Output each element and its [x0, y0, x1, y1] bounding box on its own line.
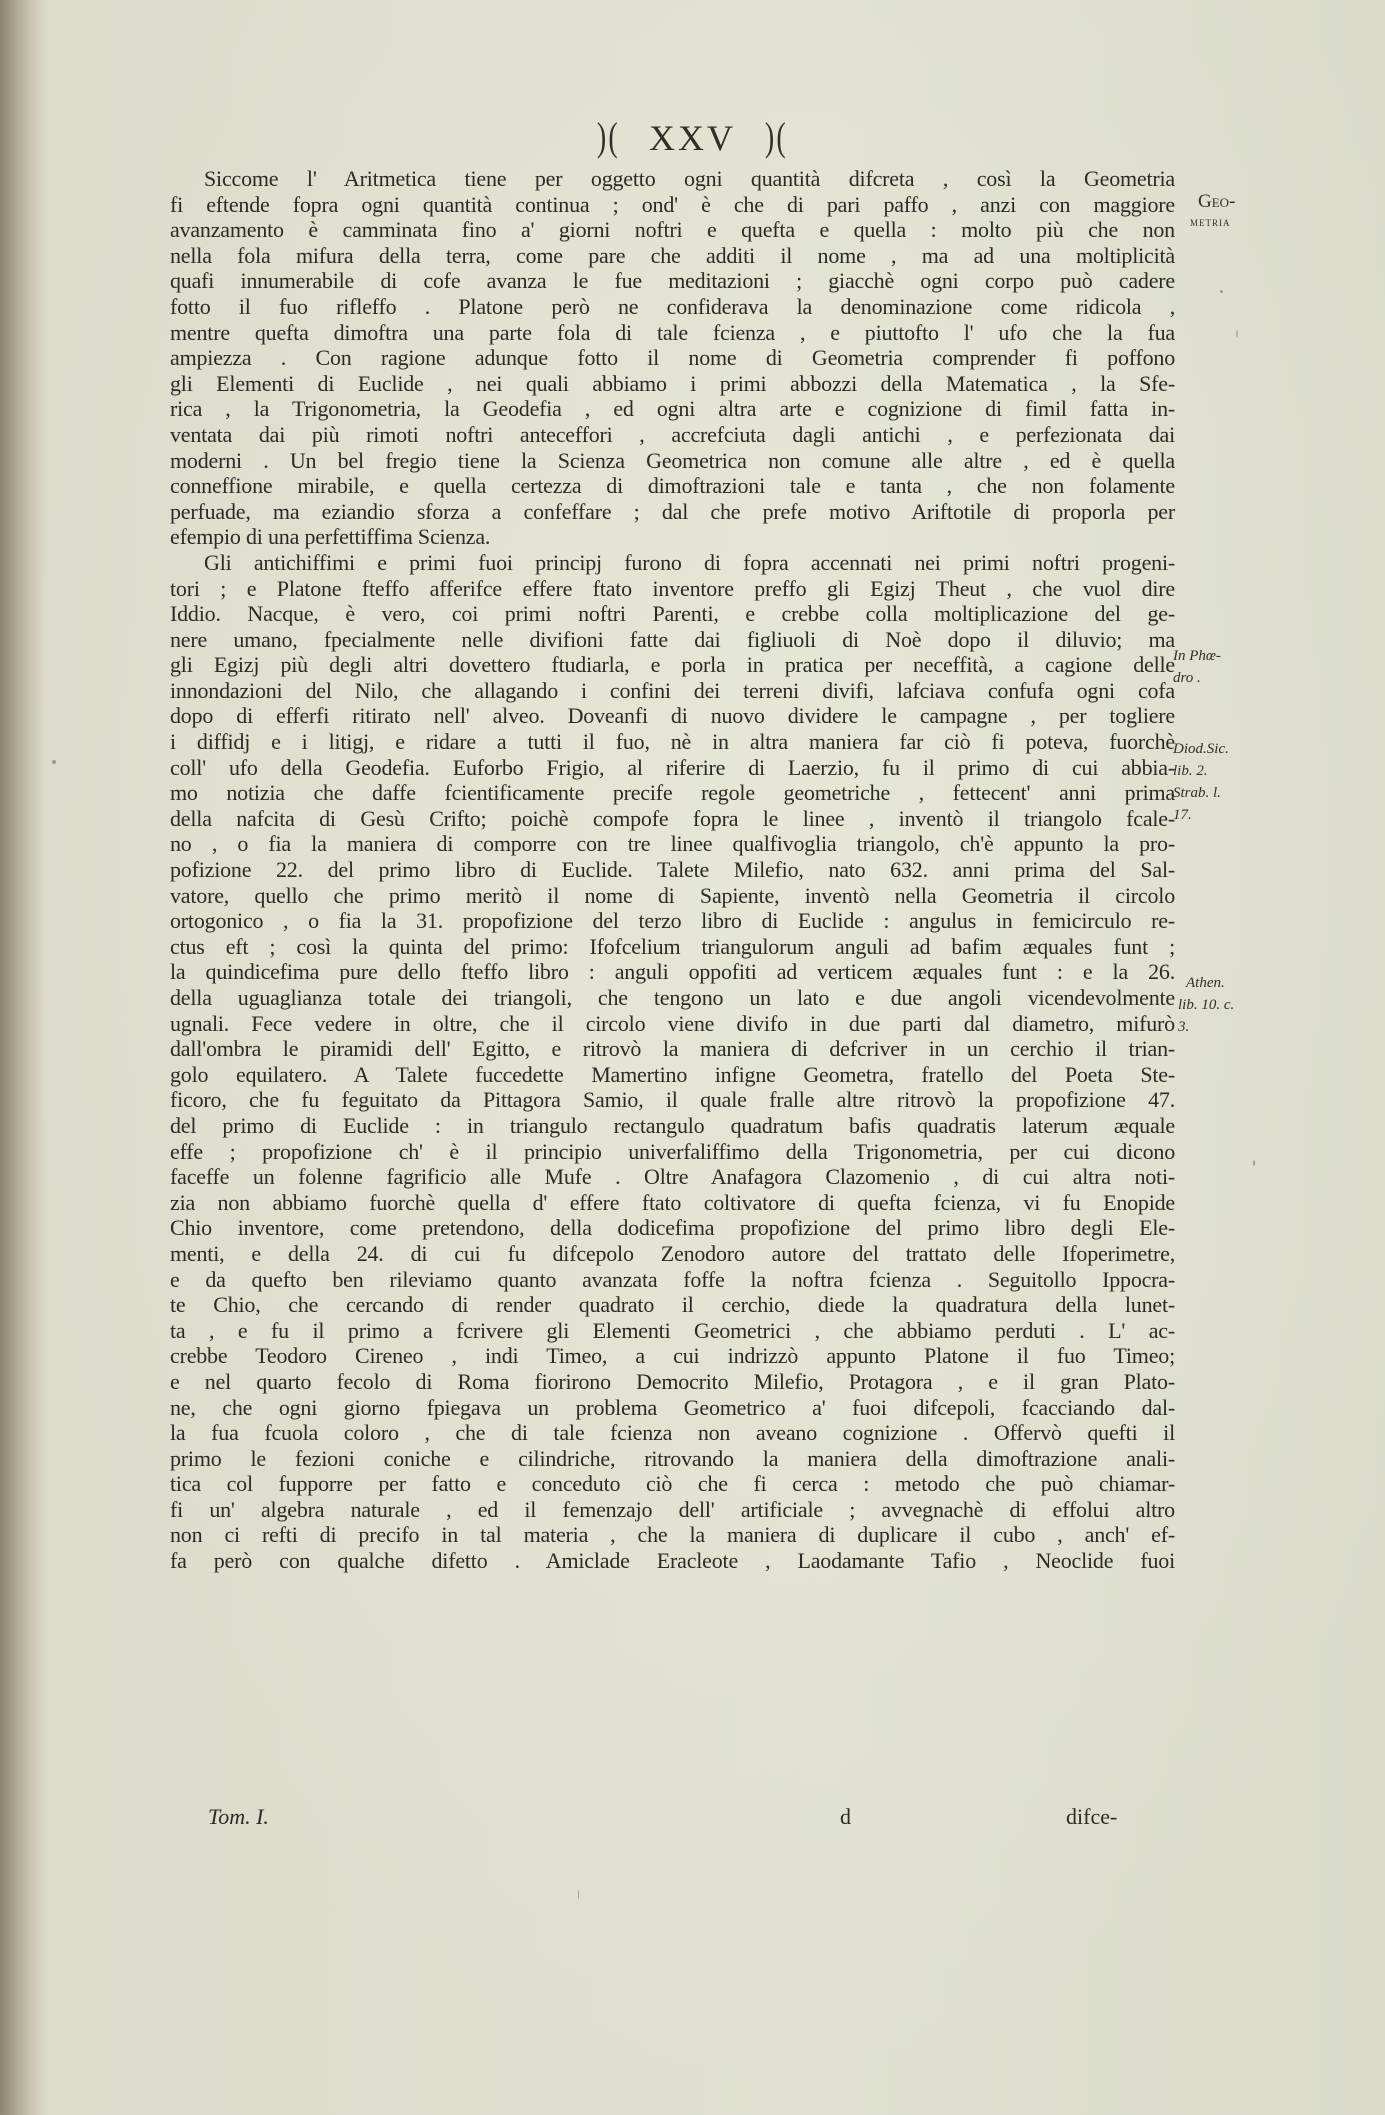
text-line: moderni . Un bel fregio tiene la Scienza… [170, 448, 1175, 474]
text-line: nella fola mifura della terra, come pare… [170, 243, 1175, 269]
text-line: Siccome l' Aritmetica tiene per oggetto … [170, 166, 1175, 192]
text-line: te Chio, che cercando di render quadrato… [170, 1292, 1175, 1318]
paper-fleck [1220, 290, 1223, 293]
catchword: difce- [1066, 1804, 1117, 1830]
text-line: mentre quefta dimoftra una parte fola di… [170, 320, 1175, 346]
text-line: e da quefto ben rileviamo quanto avanzat… [170, 1267, 1175, 1293]
margin-note-athenaeus: Athen. lib. 10. c. 3. [1178, 972, 1234, 1038]
page-header: )( XXV )( [0, 113, 1385, 160]
text-line: i diffidj e i litigj, e ridare a tutti i… [170, 729, 1175, 755]
text-line: Gli antichiffimi e primi fuoi principj f… [170, 550, 1175, 576]
text-line: dopo di efferfi ritirato nell' alveo. Do… [170, 703, 1175, 729]
text-line: menti, e della 24. di cui fu difcepolo Z… [170, 1241, 1175, 1267]
text-line: del primo di Euclide : in triangulo rect… [170, 1113, 1175, 1139]
text-line: ta , e fu il primo a fcrivere gli Elemen… [170, 1318, 1175, 1344]
text-line: ugnali. Fece vedere in oltre, che il cir… [170, 1011, 1175, 1037]
margin-note-line: 3. [1178, 1016, 1234, 1038]
text-line: dall'ombra le piramidi dell' Egitto, e r… [170, 1036, 1175, 1062]
text-line: ventata dai più rimoti noftri anteceffor… [170, 422, 1175, 448]
text-line: no , o fia la maniera di comporre con tr… [170, 831, 1175, 857]
text-line: efempio di una perfettiffima Scienza. [170, 524, 1175, 550]
text-line: effe ; propofizione ch' è il principio u… [170, 1139, 1175, 1165]
text-line: della uguaglianza totale dei triangoli, … [170, 985, 1175, 1011]
text-line: ficoro, che fu feguitato da Pittagora Sa… [170, 1087, 1175, 1113]
text-line: fotto il fuo rifleffo . Platone però ne … [170, 294, 1175, 320]
margin-note-line: In Phœ- [1173, 645, 1221, 667]
margin-note-line: lib. 2. [1173, 760, 1229, 782]
body-text: Siccome l' Aritmetica tiene per oggetto … [170, 166, 1175, 1574]
paper-fleck [1253, 1160, 1255, 1166]
text-line: quafi innumerabile di cofe avanza le fue… [170, 268, 1175, 294]
paper-fleck [52, 760, 56, 764]
text-line: mo notizia che daffe fcientificamente pr… [170, 780, 1175, 806]
signature-mark: d [840, 1804, 851, 1830]
page-footer: Tom. I. d difce- [0, 1804, 1385, 1834]
book-page: )( XXV )( Siccome l' Aritmetica tiene pe… [0, 0, 1385, 2115]
text-line: pofizione 22. del primo libro di Euclide… [170, 857, 1175, 883]
text-line: perfuade, ma eziandio sforza a confeffar… [170, 499, 1175, 525]
volume-mark: Tom. I. [208, 1804, 269, 1830]
text-line: primo le fezioni coniche e cilindriche, … [170, 1446, 1175, 1472]
ornament-left: )( [597, 113, 620, 160]
text-line: non ci refti di precifo in tal materia ,… [170, 1522, 1175, 1548]
text-line: Iddio. Nacque, è vero, coi primi noftri … [170, 601, 1175, 627]
text-line: ne, che ogni giorno fpiegava un problema… [170, 1395, 1175, 1421]
text-line: ampiezza . Con ragione adunque fotto il … [170, 345, 1175, 371]
text-line: la fua fcuola coloro , che di tale fcien… [170, 1420, 1175, 1446]
text-line: della nafcita di Gesù Crifto; poichè com… [170, 806, 1175, 832]
text-line: innondazioni del Nilo, che allagando i c… [170, 678, 1175, 704]
text-line: vatore, quello che primo meritò il nome … [170, 883, 1175, 909]
text-line: faceffe un folenne fagrificio alle Mufe … [170, 1164, 1175, 1190]
margin-note-line: metria [1190, 212, 1235, 232]
text-line: nere umano, fpecialmente nelle divifioni… [170, 627, 1175, 653]
text-line: coll' ufo della Geodefia. Euforbo Frigio… [170, 755, 1175, 781]
text-line: rica , la Trigonometria, la Geodefia , e… [170, 396, 1175, 422]
text-line: fi eftende fopra ogni quantità continua … [170, 192, 1175, 218]
text-line: avanzamento è camminata fino a' giorni n… [170, 217, 1175, 243]
text-line: golo equilatero. A Talete fuccedette Mam… [170, 1062, 1175, 1088]
text-line: crebbe Teodoro Cireneo , indi Timeo, a c… [170, 1343, 1175, 1369]
margin-note-line: lib. 10. c. [1178, 994, 1234, 1016]
margin-note-line: Strab. l. [1173, 782, 1229, 804]
binding-shadow [0, 0, 44, 2115]
margin-note-line: dro . [1173, 667, 1221, 689]
text-line: gli Egizj più degli altri dovettero ftud… [170, 652, 1175, 678]
text-line: la quindicefima pure dello fteffo libro … [170, 959, 1175, 985]
margin-note-line: 17. [1173, 804, 1229, 826]
paper-fleck [578, 1890, 579, 1900]
text-line: conneffione mirabile, e quella certezza … [170, 473, 1175, 499]
text-line: ctus eft ; così la quinta del primo: Ifo… [170, 934, 1175, 960]
margin-note-line: Diod.Sic. [1173, 738, 1229, 760]
page-number: XXV [649, 118, 736, 158]
paper-fleck [1236, 330, 1238, 338]
margin-note-geometria: Geo- metria [1190, 192, 1235, 232]
margin-note-diodorus: Diod.Sic. lib. 2. Strab. l. 17. [1173, 738, 1229, 826]
text-line: tori ; e Platone fteffo afferifce effere… [170, 576, 1175, 602]
ornament-right: )( [765, 113, 788, 160]
text-line: e nel quarto fecolo di Roma fiorirono De… [170, 1369, 1175, 1395]
text-line: fa però con qualche difetto . Amiclade E… [170, 1548, 1175, 1574]
text-line: tica col fupporre per fatto e conceduto … [170, 1471, 1175, 1497]
text-line: fi un' algebra naturale , ed il femenzaj… [170, 1497, 1175, 1523]
margin-note-line: Athen. [1178, 972, 1234, 994]
text-line: zia non abbiamo fuorchè quella d' effere… [170, 1190, 1175, 1216]
text-line: Chio inventore, come pretendono, della d… [170, 1215, 1175, 1241]
text-line: ortogonico , o fia la 31. propofizione d… [170, 908, 1175, 934]
text-line: gli Elementi di Euclide , nei quali abbi… [170, 371, 1175, 397]
margin-note-phaedro: In Phœ- dro . [1173, 645, 1221, 689]
margin-note-line: Geo- [1190, 192, 1235, 212]
